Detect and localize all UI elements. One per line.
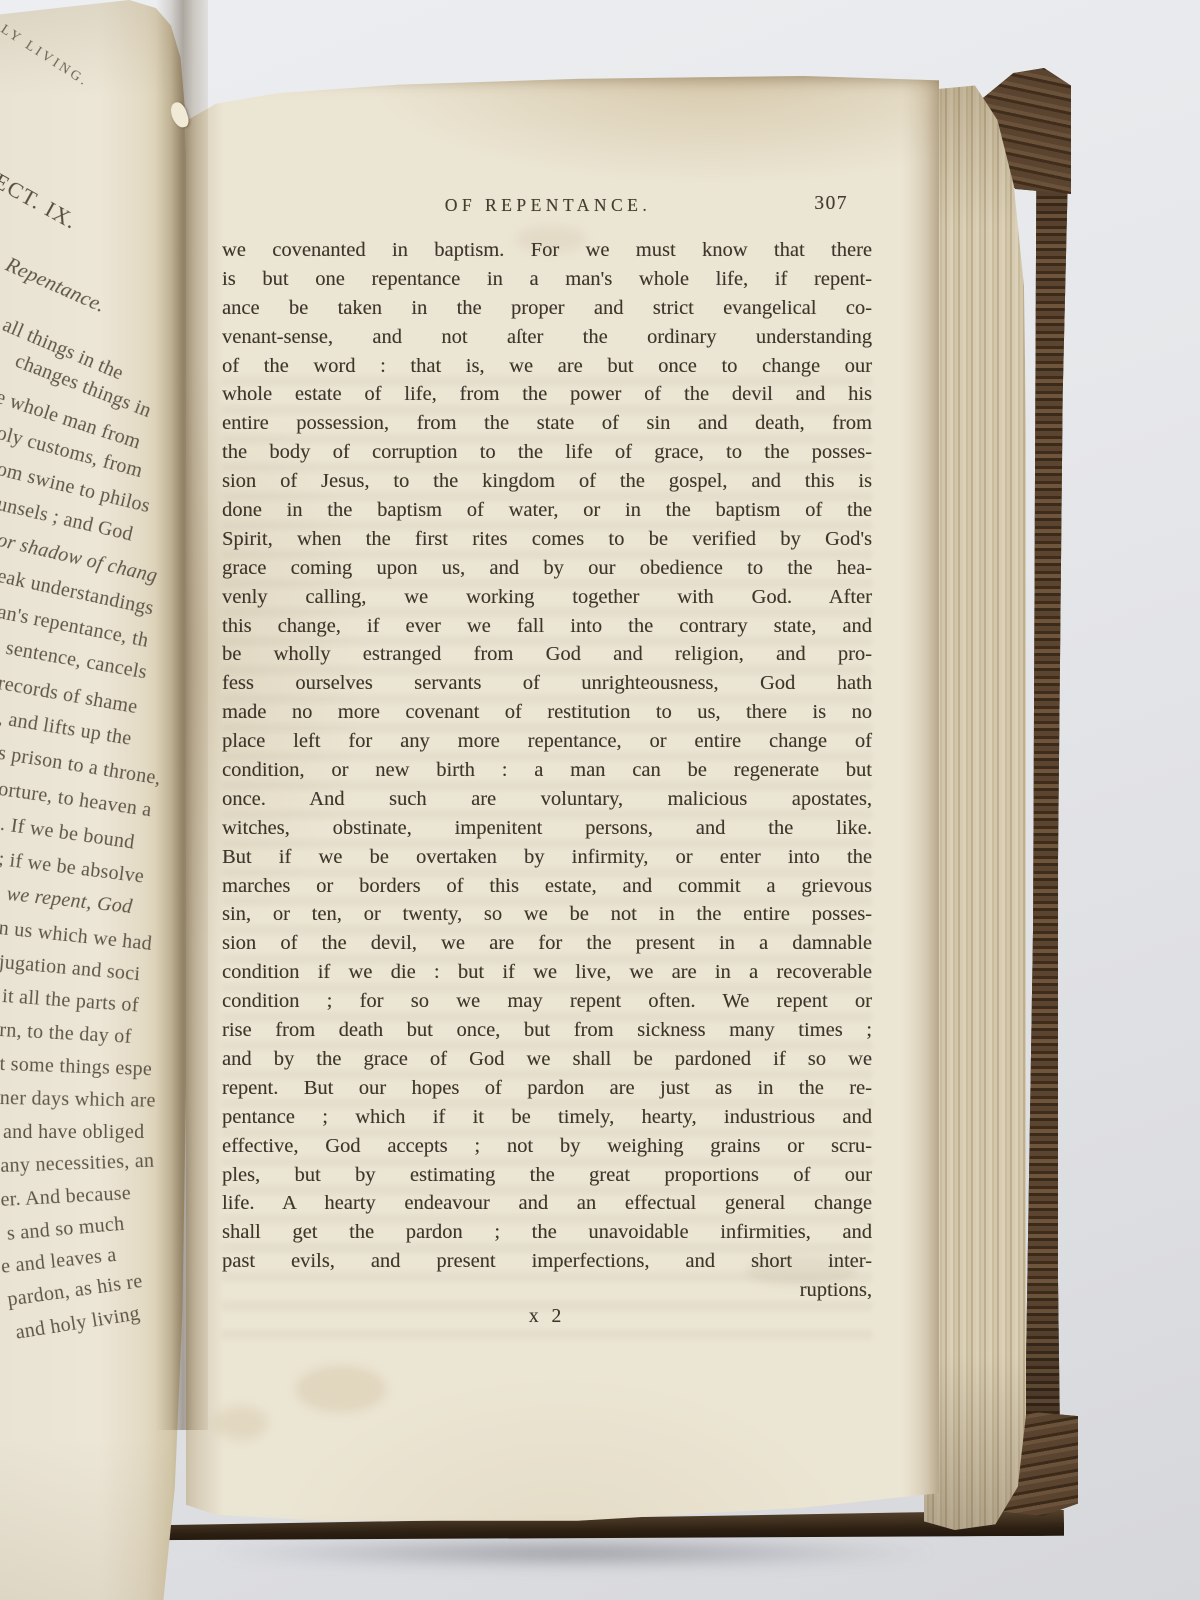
left-page-line: we repent, God bbox=[6, 883, 190, 933]
body-line: we covenanted in baptism. For we must kn… bbox=[222, 236, 872, 265]
stain bbox=[296, 1366, 386, 1412]
left-page-line: eak understandings bbox=[0, 565, 190, 642]
left-page-line: oly customs, from bbox=[0, 422, 190, 512]
body-line: witches, obstinate, impenitent persons, … bbox=[222, 814, 872, 843]
left-page-line: jugation and soci bbox=[0, 951, 190, 997]
left-page-line: rn, to the day of bbox=[0, 1019, 190, 1056]
body-line: be wholly estranged from God and religio… bbox=[222, 640, 872, 669]
body-line: made no more covenant of restitution to … bbox=[222, 698, 872, 727]
body-line: done in the baptism of water, or in the … bbox=[222, 496, 872, 525]
body-line: grace coming upon us, and by our obedien… bbox=[222, 554, 872, 583]
left-page-line: n us which we had bbox=[0, 917, 190, 967]
right-page: OF REPENTANCE. 307 we covenanted in bapt… bbox=[186, 76, 939, 1528]
left-page-line: unsels ; and God bbox=[0, 493, 190, 574]
body-line: sion of Jesus, to the kingdom of the gos… bbox=[222, 467, 872, 496]
body-line: shall get the pardon ; the unavoidable i… bbox=[222, 1218, 872, 1247]
body-text: we covenanted in baptism. For we must kn… bbox=[222, 236, 872, 1328]
left-page-running-header: LY LIVING. bbox=[0, 22, 190, 177]
body-line: condition, or new birth : a man can be r… bbox=[222, 756, 872, 785]
body-line: life. A hearty endeavour and an effectua… bbox=[222, 1189, 872, 1218]
left-page-line: e and leaves a bbox=[0, 1229, 190, 1279]
body-line: ples, but by estimating the great propor… bbox=[222, 1161, 872, 1190]
body-line: effective, God accepts ; not by weighing… bbox=[222, 1132, 872, 1161]
body-line: once. And such are voluntary, malicious … bbox=[222, 785, 872, 814]
catchword: ruptions, bbox=[222, 1276, 872, 1305]
body-line: and by the grace of God we shall be pard… bbox=[222, 1045, 872, 1074]
left-page-line: . If we be bound bbox=[0, 813, 190, 872]
body-line: venant-sense, and not aſter the ordinary… bbox=[222, 323, 872, 352]
running-header-row: OF REPENTANCE. 307 bbox=[222, 195, 874, 216]
body-line: rise from death but once, but from sickn… bbox=[222, 1016, 872, 1045]
body-line: is but one repentance in a man's whole l… bbox=[222, 265, 872, 294]
body-line: marches or borders of this estate, and c… bbox=[222, 872, 872, 901]
signature-mark: x 2 bbox=[222, 1306, 872, 1328]
body-line: this change, if ever we fall into the co… bbox=[222, 612, 872, 641]
body-line: repent. But our hopes of pardon are just… bbox=[222, 1074, 872, 1103]
left-page-line: t some things espe bbox=[0, 1053, 190, 1085]
body-line: the body of corruption to the life of gr… bbox=[222, 438, 872, 467]
left-page-line: er. And because bbox=[0, 1175, 190, 1212]
fore-edge-pages bbox=[924, 84, 1026, 1530]
left-page-line: s and so much bbox=[6, 1200, 190, 1246]
left-page-line: ner days which are bbox=[0, 1087, 190, 1115]
body-line: place left for any more repentance, or e… bbox=[222, 727, 872, 756]
stain bbox=[214, 1406, 268, 1440]
left-page-line: and have obliged bbox=[3, 1121, 190, 1144]
left-page-line: , and lifts up the bbox=[0, 707, 190, 770]
left-page-line: s prison to a throne, bbox=[0, 742, 190, 805]
body-line: of the word : that is, we are but once t… bbox=[222, 352, 872, 381]
left-page-line: e whole man from bbox=[0, 386, 190, 488]
left-page-line: or shadow of chang bbox=[0, 529, 190, 610]
left-page-line: orture, to heaven a bbox=[0, 778, 190, 837]
body-line: condition if we die : but if we live, we… bbox=[222, 958, 872, 987]
body-line: ance be taken in the proper and strict e… bbox=[222, 294, 872, 323]
left-page-subheading: Repentance. bbox=[2, 252, 190, 381]
body-line: But if we be overtaken by infirmity, or … bbox=[222, 843, 872, 872]
body-line: whole estate of life, from the power of … bbox=[222, 380, 872, 409]
left-page: LY LIVING. ECT. IX. Repentance. all thin… bbox=[0, 0, 190, 1600]
left-page-section-heading: ECT. IX. bbox=[0, 168, 190, 317]
body-line: condition ; for so we may repent often. … bbox=[222, 987, 872, 1016]
left-page-line: records of shame bbox=[0, 672, 190, 740]
left-page-line: and holy living bbox=[14, 1281, 190, 1344]
left-page-line: sentence, cancels bbox=[4, 637, 190, 705]
cover-board-edge bbox=[1024, 86, 1070, 1488]
left-page-line: ; if we be absolve bbox=[0, 848, 190, 903]
left-page-line: changes things in bbox=[12, 350, 190, 465]
left-page-line: om swine to philos bbox=[0, 458, 190, 543]
page-number: 307 bbox=[814, 193, 848, 215]
left-page-line: any necessities, an bbox=[0, 1146, 190, 1178]
left-page-line: all things in the bbox=[0, 314, 190, 437]
body-line: Spirit, when the first rites comes to be… bbox=[222, 525, 872, 554]
body-line: sin, or ten, or twenty, so we be not in … bbox=[222, 900, 872, 929]
body-line: pentance ; which if it be timely, hearty… bbox=[222, 1103, 872, 1132]
body-line: sion of the devil, we are for the presen… bbox=[222, 929, 872, 958]
body-line: fess ourselves servants of unrighteousne… bbox=[222, 669, 872, 698]
left-page-line: pardon, as his re bbox=[6, 1253, 190, 1312]
left-page-line: it all the parts of bbox=[1, 985, 190, 1026]
left-page-line: an's repentance, th bbox=[0, 601, 190, 673]
body-line: past evils, and present imperfections, a… bbox=[222, 1247, 872, 1276]
body-line: entire possession, from the state of sin… bbox=[222, 409, 872, 438]
body-line: venly calling, we working together with … bbox=[222, 583, 872, 612]
running-header: OF REPENTANCE. bbox=[445, 195, 651, 216]
photo-backdrop: LY LIVING. ECT. IX. Repentance. all thin… bbox=[0, 0, 1200, 1600]
